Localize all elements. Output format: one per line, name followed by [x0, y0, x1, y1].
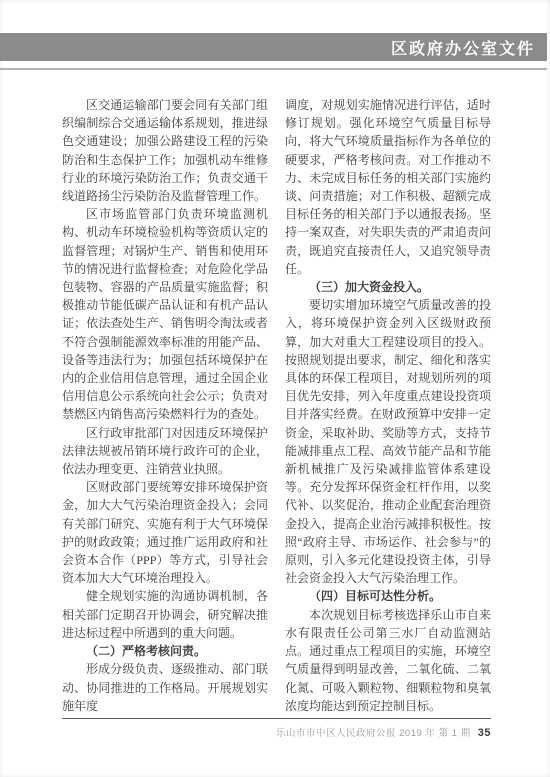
footer-divider-line: [62, 718, 491, 719]
paragraph-market-regulation-dept: 区市场监管部门负责环境监测机构、机动车环境检验机构等资质认定的监督管理；对锅炉生…: [62, 205, 268, 423]
paragraph-admin-approval-dept: 区行政审批部门对因违反环境保护法律法规被吊销环境行政许可的企业，依法办理变更、注…: [62, 424, 268, 479]
page-footer: 乐山市市中区人民政府公报 2019 年 第 1 期 35: [62, 725, 491, 739]
paragraph-assessment-continuation: 调度，对规划实施情况进行评估，适时修订规划。强化环境空气质量目标导向，将大气环境…: [285, 96, 491, 278]
document-page: 区政府办公室文件 区交通运输部门要会同有关部门组织编制综合交通运输体系规划，推进…: [0, 0, 550, 777]
subheading-increase-funding: （三）加大资金投入。: [285, 278, 491, 296]
subheading-goal-feasibility: （四）目标可达性分析。: [285, 587, 491, 605]
left-column: 区交通运输部门要会同有关部门组织编制综合交通运输体系规划，推进绿色交通建设；加强…: [62, 96, 268, 714]
header-banner-title: 区政府办公室文件: [391, 36, 535, 59]
paragraph-transport-dept: 区交通运输部门要会同有关部门组织编制综合交通运输体系规划，推进绿色交通建设；加强…: [62, 96, 268, 205]
paragraph-feasibility-details: 本次规划目标考核选择乐山市自来水有限责任公司第三水厂自动监测站点。通过重点工程项…: [285, 606, 491, 714]
right-column: 调度，对规划实施情况进行评估，适时修订规划。强化环境空气质量目标导向，将大气环境…: [285, 96, 491, 714]
paragraph-finance-dept: 区财政部门要统筹安排环境保护资金，加大大气污染治理资金投入；会同有关部门研究、实…: [62, 478, 268, 587]
paragraph-coordination-mechanism: 健全规划实施的沟通协调机制，各相关部门定期召开协调会，研究解决推进达标过程中所遇…: [62, 587, 268, 642]
footer-journal-title: 乐山市市中区人民政府公报 2019 年: [276, 728, 435, 739]
paragraph-work-pattern: 形成分级负责、逐级推动、部门联动、协同推进的工作格局。开展规划实施年度: [62, 660, 268, 714]
header-divider-line: [0, 68, 547, 70]
footer-issue-label: 第 1 期: [439, 728, 471, 739]
footer-page-number: 35: [478, 727, 491, 739]
paragraph-funding-details: 要切实增加环境空气质量改善的投入，将环境保护资金列入区级财政预算，加大对重大工程…: [285, 296, 491, 587]
document-body: 区交通运输部门要会同有关部门组织编制综合交通运输体系规划，推进绿色交通建设；加强…: [62, 96, 491, 714]
subheading-strict-accountability: （二）严格考核问责。: [62, 642, 268, 660]
header-banner: 区政府办公室文件: [0, 33, 547, 61]
